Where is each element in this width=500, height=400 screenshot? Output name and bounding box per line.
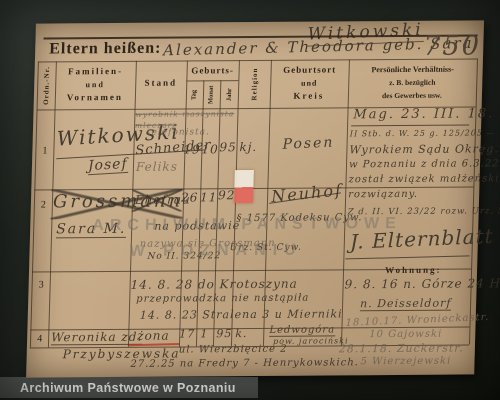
row4-addr2: 27.2.25 na Fredry 7 - Henrykowskich. xyxy=(130,357,359,370)
registry-card: Witkowski Eltern heißen: Alexander & The… xyxy=(26,20,484,377)
row4-stand: żona xyxy=(137,329,170,343)
row3-note1: 14. 8. 28 do Krotoszyna xyxy=(130,277,298,292)
header-tag: Tag xyxy=(186,80,204,108)
row4-name: Weronika zd. xyxy=(51,330,142,346)
row2-jahr: 92 xyxy=(218,188,236,202)
row2-note-urz: Urz. St. Cyw. xyxy=(230,243,303,254)
row1-stand-struck1: wyrobnik maszynista xyxy=(135,109,234,119)
row1-vorname: Josef xyxy=(88,156,128,175)
note-ref: II Stb. d. W. 25 g. 125/205 — xyxy=(350,128,496,138)
header-geburts: Geburts- xyxy=(186,62,238,78)
note-verdict5: Z d. II. VI. 23/22 rozw. Urz. St. C. xyxy=(348,206,500,217)
note-addr1: 9. 8. 16 n. Górze 24 H. xyxy=(344,276,500,291)
header-religion: Religion xyxy=(238,60,271,108)
row1-tag: 19 xyxy=(183,142,201,156)
row1-monat: 10 xyxy=(201,142,219,156)
row4-ort: Ledwogóra xyxy=(269,324,335,336)
note-verdict3: został związek małżeński xyxy=(348,173,499,185)
col-line-ort xyxy=(341,59,350,345)
header-familien-3: Vornamen xyxy=(55,91,135,104)
eltern-label: Eltern heißen: xyxy=(49,40,162,59)
row1-vorname-pencil: Feliks xyxy=(136,160,178,174)
header-ort-1: Geburtsort xyxy=(270,63,348,76)
header-pers-1: Persönliche Verhältniss- xyxy=(349,62,477,75)
note-verdict2: w Poznaniu z dnia 6.3.22 r. xyxy=(349,158,500,170)
row4-tag: 17 xyxy=(179,327,195,340)
note-addr2: n. Deisseldorf xyxy=(360,297,452,312)
row4-monat: 1 xyxy=(200,327,208,340)
row4-jahr: 95 xyxy=(216,327,232,340)
wohnung-label: Wohnung: xyxy=(385,265,442,275)
header-pers-3: des Gewerbes usw. xyxy=(348,88,476,101)
col-line-tag xyxy=(196,80,204,346)
header-monat: Monat xyxy=(203,80,221,108)
table-right-border xyxy=(469,58,478,344)
row3-note3: 14. 8. 23 Stralena 3 u Mierniki xyxy=(140,307,343,321)
row3-note2: przeprowadzka nie nastąpiła xyxy=(136,293,309,305)
header-stand: Stand xyxy=(135,75,186,91)
note-stamp-underline xyxy=(351,125,469,127)
header-ort-2: und xyxy=(270,76,348,89)
row4-religion: k. xyxy=(235,327,248,340)
note-signature-underline xyxy=(345,255,469,259)
red-white-sticker xyxy=(234,170,254,203)
header-familien-1: Familien- xyxy=(55,65,135,78)
archive-watermark-text: Archiwum Państwowe w Poznaniu xyxy=(20,381,236,395)
row2-note-no: No II. 324/22 xyxy=(147,251,221,262)
note-addr6: 5 Wierzejewski xyxy=(360,356,451,368)
row2-note-na: na podstawie xyxy=(154,219,240,233)
note-stamp-date: Mag. 23. III. 18. xyxy=(353,106,494,122)
header-jahr: Jahr xyxy=(220,80,239,108)
row2-monat: 11 xyxy=(200,190,218,204)
row3-nr: 3 xyxy=(38,279,43,290)
row4-nr: 4 xyxy=(37,333,42,344)
header-pers-2: z. B. bezüglich xyxy=(348,75,476,88)
archive-watermark-bar: Archiwum Państwowe w Poznaniu xyxy=(0,377,258,398)
header-ort-3: Kreis xyxy=(270,89,348,102)
note-verdict1: Wyrokiem Sądu Okręg. xyxy=(349,142,499,156)
col-line-monat xyxy=(213,80,221,346)
row1-religion: kj. xyxy=(239,140,257,154)
note-addr5: 28.1.18. Zuckerstr. xyxy=(339,342,464,356)
note-addr4: 10 Gajowski xyxy=(369,329,442,341)
row2-vorname: Sara M. xyxy=(56,221,127,238)
row2-note-par: § 1577 Kodeksu Cyw. xyxy=(236,212,362,224)
header-familien-2: und xyxy=(55,78,135,91)
row1-jahr: 95 xyxy=(219,140,237,154)
row2-nr: 2 xyxy=(41,199,46,210)
row1-stand-pencil: telefonista. xyxy=(147,127,210,137)
row1-ort: Posen xyxy=(283,135,335,153)
header-ordn: Ordn.-Nr. xyxy=(37,61,56,109)
archival-photo: Witkowski Eltern heißen: Alexander & The… xyxy=(0,0,500,400)
row4-addr: ul. Wierzbięcice 2 xyxy=(179,344,288,356)
row2-tag: 26 xyxy=(181,190,199,204)
row1-nr: 1 xyxy=(42,145,47,156)
note-verdict4: rozwiązany. xyxy=(348,189,418,200)
page-number: 750 xyxy=(423,30,481,61)
